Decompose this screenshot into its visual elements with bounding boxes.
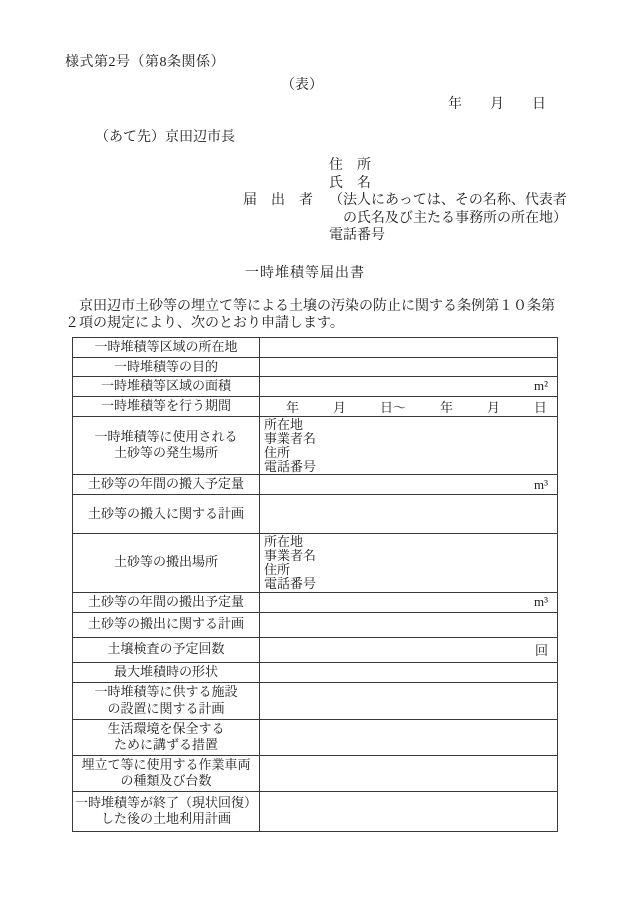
table-row: 土砂等の年間の搬出予定量m³ <box>73 593 557 613</box>
intro-paragraph: 京田辺市土砂等の埋立て等による土壌の汚染の防止に関する条例第１０条第 ２項の規定… <box>65 298 565 332</box>
row-value-cell: 年月日～年月日 <box>260 397 557 416</box>
intro-line-2: ２項の規定により、次のとおり申請します。 <box>65 315 565 332</box>
declarant-role-label: 届 出 者 <box>243 192 329 245</box>
period-part-label: 月 <box>487 397 500 416</box>
unit-label: m³ <box>534 477 548 493</box>
row-value-cell: m³ <box>260 475 557 494</box>
declarant-corporate-note-line1: （法人にあっては、その名称、代表者 <box>329 192 567 210</box>
row-label-cell: 一時堆積等区域の面積 <box>73 377 260 396</box>
unit-label: m³ <box>534 594 548 610</box>
row-label-line: 土砂等の発生場所 <box>114 445 218 462</box>
table-row: 一時堆積等が終了（現状回復）した後の土地利用計画 <box>73 792 557 831</box>
row-label-line: 埋立て等に使用する作業車両 <box>81 757 250 774</box>
row-label-cell: 生活環境を保全するために講ずる措置 <box>73 720 260 755</box>
table-row: 一時堆積等区域の面積m² <box>73 377 557 397</box>
declarant-corporate-note-line2: の氏名及び主たる事務所の所在地） <box>329 210 567 228</box>
table-row: 一時堆積等に供する施設の設置に関する計画 <box>73 683 557 720</box>
declarant-phone-label: 電話番号 <box>329 227 567 245</box>
row-label-line: 一時堆積等を行う期間 <box>101 398 231 415</box>
unit-label: 回 <box>535 640 548 659</box>
declarant-block: 届 出 者 住 所 氏 名 （法人にあっては、その名称、代表者 の氏名及び主たる… <box>243 157 567 245</box>
row-value-cell <box>260 720 557 755</box>
row-value-cell: 回 <box>260 638 557 662</box>
row-value-cell: m² <box>260 377 557 396</box>
row-label-line: 最大堆積時の形状 <box>114 664 218 681</box>
row-label-cell: 最大堆積時の形状 <box>73 663 260 682</box>
row-label-cell: 一時堆積等に供する施設の設置に関する計画 <box>73 683 260 719</box>
row-label-cell: 一時堆積等が終了（現状回復）した後の土地利用計画 <box>73 792 260 831</box>
table-row: 一時堆積等を行う期間年月日～年月日 <box>73 397 557 417</box>
declarant-name-label: 氏 名 <box>329 175 567 193</box>
row-label-line: 一時堆積等の目的 <box>114 359 218 376</box>
table-row: 一時堆積等区域の所在地 <box>73 338 557 358</box>
application-table: 一時堆積等区域の所在地一時堆積等の目的一時堆積等区域の面積m²一時堆積等を行う期… <box>72 337 558 832</box>
row-value-cell: m³ <box>260 593 557 612</box>
date-line: 年 月 日 <box>448 93 546 113</box>
value-line-label: 住所 <box>264 446 557 460</box>
row-label-line: 土砂等の年間の搬出予定量 <box>88 594 244 611</box>
period-part-label: 年 <box>440 397 453 416</box>
unit-label: m² <box>534 378 548 394</box>
row-label-cell: 埋立て等に使用する作業車両の種類及び台数 <box>73 756 260 791</box>
row-label-cell: 一時堆積等に使用される土砂等の発生場所 <box>73 417 260 475</box>
row-value-cell <box>260 756 557 791</box>
value-line-label: 電話番号 <box>264 460 557 474</box>
table-row: 一時堆積等に使用される土砂等の発生場所所在地事業者名住所電話番号 <box>73 417 557 476</box>
value-line-label: 住所 <box>264 563 557 577</box>
row-value-cell <box>260 613 557 637</box>
row-label-cell: 一時堆積等区域の所在地 <box>73 338 260 357</box>
period-part-label: 日 <box>534 397 547 416</box>
value-line-label: 事業者名 <box>264 549 557 563</box>
row-label-line: 土砂等の搬出場所 <box>114 554 218 571</box>
row-label-line: 一時堆積等に使用される <box>94 429 237 446</box>
row-value-cell <box>260 663 557 682</box>
row-label-line: 一時堆積等が終了（現状回復） <box>75 795 257 812</box>
declarant-address-label: 住 所 <box>329 157 567 175</box>
row-value-cell <box>260 683 557 719</box>
table-row: 土砂等の搬出に関する計画 <box>73 613 557 638</box>
row-value-cell: 所在地事業者名住所電話番号 <box>260 534 557 592</box>
declarant-lines: 住 所 氏 名 （法人にあっては、その名称、代表者 の氏名及び主たる事務所の所在… <box>329 157 567 245</box>
document-title: 一時堆積等届出書 <box>0 262 610 282</box>
row-label-cell: 土砂等の年間の搬出予定量 <box>73 593 260 612</box>
table-row: 土砂等の搬入に関する計画 <box>73 495 557 534</box>
period-part-label: 日～ <box>380 397 406 416</box>
row-label-line: の種類及び台数 <box>120 773 211 790</box>
row-label-line: 土壌検査の予定回数 <box>107 641 224 658</box>
value-line-label: 電話番号 <box>264 577 557 591</box>
row-label-line: 生活環境を保全する <box>107 721 224 738</box>
period-part-label: 年 <box>286 397 299 416</box>
table-row: 土壌検査の予定回数回 <box>73 638 557 663</box>
row-label-line: 土砂等の搬入に関する計画 <box>88 506 244 523</box>
value-line-label: 所在地 <box>264 418 557 432</box>
row-label-cell: 土砂等の搬出に関する計画 <box>73 613 260 637</box>
row-label-line: 土砂等の年間の搬入予定量 <box>88 476 244 493</box>
table-row: 埋立て等に使用する作業車両の種類及び台数 <box>73 756 557 792</box>
table-row: 最大堆積時の形状 <box>73 663 557 683</box>
row-value-cell <box>260 358 557 377</box>
period-part-label: 月 <box>333 397 346 416</box>
value-line-label: 事業者名 <box>264 432 557 446</box>
row-label-line: ために講ずる措置 <box>114 737 218 754</box>
table-row: 生活環境を保全するために講ずる措置 <box>73 720 557 756</box>
row-label-cell: 一時堆積等の目的 <box>73 358 260 377</box>
side-indicator: （表） <box>0 74 604 94</box>
table-row: 土砂等の年間の搬入予定量m³ <box>73 475 557 495</box>
table-row: 土砂等の搬出場所所在地事業者名住所電話番号 <box>73 534 557 593</box>
row-label-cell: 一時堆積等を行う期間 <box>73 397 260 416</box>
row-label-cell: 土砂等の搬入に関する計画 <box>73 495 260 533</box>
form-number: 様式第2号（第8条関係） <box>65 51 225 71</box>
row-value-cell: 所在地事業者名住所電話番号 <box>260 417 557 475</box>
row-label-cell: 土砂等の搬出場所 <box>73 534 260 592</box>
addressee-line: （あて先）京田辺市長 <box>95 126 235 146</box>
row-label-line: 一時堆積等に供する施設 <box>94 684 237 701</box>
value-line-label: 所在地 <box>264 535 557 549</box>
row-label-line: した後の土地利用計画 <box>101 811 231 828</box>
intro-line-1: 京田辺市土砂等の埋立て等による土壌の汚染の防止に関する条例第１０条第 <box>65 298 565 315</box>
row-value-cell <box>260 495 557 533</box>
row-label-line: の設置に関する計画 <box>107 701 224 718</box>
row-label-cell: 土砂等の年間の搬入予定量 <box>73 475 260 494</box>
row-value-cell <box>260 338 557 357</box>
row-label-line: 土砂等の搬出に関する計画 <box>88 616 244 633</box>
row-label-line: 一時堆積等区域の面積 <box>101 378 231 395</box>
row-label-cell: 土壌検査の予定回数 <box>73 638 260 662</box>
row-label-line: 一時堆積等区域の所在地 <box>94 339 237 356</box>
table-row: 一時堆積等の目的 <box>73 358 557 378</box>
form-page: 様式第2号（第8条関係） （表） 年 月 日 （あて先）京田辺市長 届 出 者 … <box>0 0 630 903</box>
row-value-cell <box>260 792 557 831</box>
